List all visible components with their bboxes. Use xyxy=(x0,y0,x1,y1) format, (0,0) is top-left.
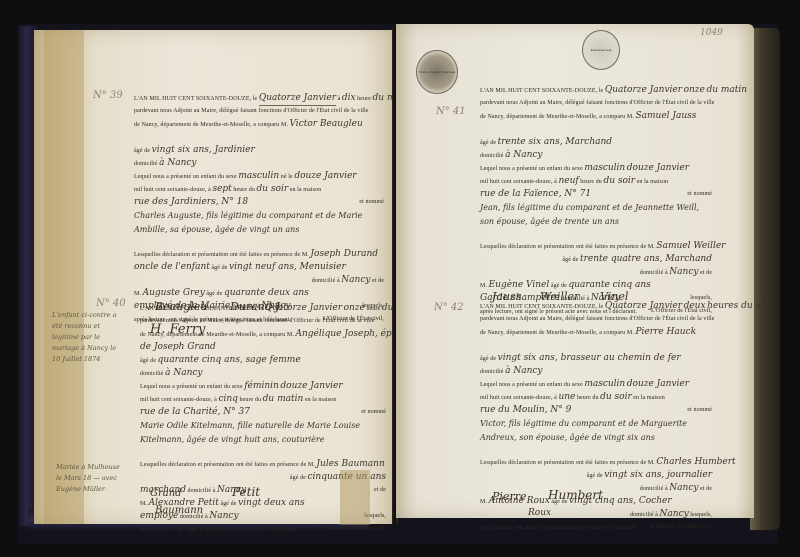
printed-text: âgé de xyxy=(480,140,496,146)
printed-text: après lecture, ont signé le présent acte… xyxy=(140,527,271,533)
printed-text: et de xyxy=(372,278,384,284)
printed-text: heure du xyxy=(580,179,602,185)
entry-number: N° 40 xyxy=(96,298,126,309)
witness-age: quarante deux ans xyxy=(224,288,309,298)
printed-text: âgé de xyxy=(480,356,496,362)
birth-period: du soir xyxy=(257,184,289,194)
birth-date: douze Janvier xyxy=(627,379,689,389)
printed-text: né le xyxy=(281,174,293,180)
margin-note: Mariée à Mulhouse le Mars 18 — avec Eugè… xyxy=(56,462,126,495)
entry-41: L'AN MIL HUIT CENT SOIXANTE-DOUZE, le Qu… xyxy=(480,84,712,318)
witness-domicile: Nancy xyxy=(209,511,238,521)
printed-text: pardevant nous Adjoint au Maire, délégué… xyxy=(134,105,384,118)
handwritten-hour: deux xyxy=(684,301,706,311)
printed-text: nous a présenté un enfant du sexe xyxy=(153,174,237,180)
printed-text: pardevant nous Adjoint au Maire, délégué… xyxy=(480,313,712,326)
printed-text: à xyxy=(338,96,341,102)
witness-age: trente quatre ans, Marchand xyxy=(580,254,712,264)
printed-text: heure du xyxy=(577,395,599,401)
printed-text: domicilié xyxy=(134,161,158,167)
printed-text: domicilié à xyxy=(640,270,668,276)
embossed-seal: Embossed seal xyxy=(582,30,620,70)
witness-domicile: Nancy xyxy=(660,509,689,519)
handwritten-hour: dix xyxy=(342,93,356,103)
witness-name: Jules Baumann xyxy=(316,459,384,469)
printed-text: Lesquelles déclaration et présentation o… xyxy=(480,244,655,250)
printed-text: et de xyxy=(700,486,712,492)
handwritten-hour: onze xyxy=(344,303,365,313)
printed-text: Lequel xyxy=(140,384,157,390)
printed-text: âgé de xyxy=(206,291,222,297)
folio-number: 1049 xyxy=(700,28,723,38)
birth-house: rue de la Charité, N° 37 xyxy=(140,407,250,417)
printed-text: mil huit cent soixante-douze, à xyxy=(140,397,217,403)
printed-text: en la maison xyxy=(290,187,322,193)
printed-text: Lesquelles déclaration et présentation o… xyxy=(134,252,309,258)
printed-text: nous a présenté un enfant du sexe xyxy=(499,166,583,172)
witness-name: Eugène Vinel xyxy=(489,280,550,290)
printed-text: âgé de xyxy=(220,501,236,507)
printed-text: Lesquelles déclaration et présentation o… xyxy=(140,462,315,468)
signature: Humbert xyxy=(548,488,603,502)
printed-text: heure du xyxy=(233,187,255,193)
handwritten-date: Quatorze Janvier xyxy=(605,301,682,311)
printed-text: heure xyxy=(357,96,371,102)
printed-text: déclarant. xyxy=(613,525,637,531)
entry-number: N° 42 xyxy=(434,302,464,313)
printed-text: domicilié à xyxy=(640,486,668,492)
printed-text: de Nancy, département de Meurthe-et-Mose… xyxy=(140,332,294,338)
child-sex: masculin xyxy=(584,379,625,389)
handwritten-date: Quatorze Janvier xyxy=(265,303,342,313)
printed-text: heure du xyxy=(240,397,262,403)
printed-text: âgé de xyxy=(587,473,603,479)
margin-note: L'enfant ci-contre a été reconnu et légi… xyxy=(52,310,122,365)
printed-text: et nommé xyxy=(359,196,384,209)
printed-text: en la maison xyxy=(633,395,665,401)
printed-text: et nommé xyxy=(687,188,712,201)
printed-text: pardevant nous Adjoint au Maire, délégué… xyxy=(480,97,712,110)
child-name: Victor, fils légitime du comparant et de… xyxy=(480,419,687,442)
witness-name: Joseph Durand xyxy=(310,249,378,259)
printed-text: en la maison xyxy=(637,179,669,185)
repair-tape xyxy=(340,470,370,525)
printed-text: en la maison xyxy=(305,397,337,403)
printed-text: mil huit cent soixante-douze, à xyxy=(480,395,557,401)
declarant-age: vingt six ans, brasseur au chemin de fer xyxy=(498,353,681,363)
signature: Petit xyxy=(232,485,260,499)
declarant-domicile: à Nancy xyxy=(505,366,542,376)
printed-text: âgé de xyxy=(290,475,306,481)
printed-text: après lecture, ont signé le présent acte… xyxy=(480,525,611,531)
declarant-domicile: à Nancy xyxy=(165,368,202,378)
child-sex: féminin xyxy=(244,381,279,391)
stamp-text: Timbre impérial / fiscal seal xyxy=(419,70,455,74)
signature: Grand xyxy=(150,488,182,499)
printed-text: L'AN MIL HUIT CENT SOIXANTE-DOUZE, le xyxy=(480,88,603,94)
entry-number: N° 41 xyxy=(436,106,466,117)
witness-age: vingt neuf ans, Menuisier xyxy=(229,262,346,272)
child-name: Marie Odile Kitelmann, fille naturelle d… xyxy=(140,421,360,444)
witness-domicile: Nancy xyxy=(669,267,698,277)
birth-hour: une xyxy=(558,392,575,402)
birth-date: douze Janvier xyxy=(280,381,342,391)
child-name: Charles Auguste, fils légitime du compar… xyxy=(134,211,362,234)
printed-text: M. xyxy=(480,499,487,505)
fiscal-stamp: Timbre impérial / fiscal seal xyxy=(416,50,458,94)
printed-text: âgé de xyxy=(211,265,227,271)
printed-text: M. xyxy=(140,501,147,507)
signature: Roux xyxy=(528,508,551,518)
printed-text: Lequel xyxy=(480,166,497,172)
declarant-age: vingt six ans, Jardinier xyxy=(152,145,255,155)
printed-text: âgé de xyxy=(134,148,150,154)
printed-text: domicilié à xyxy=(312,278,340,284)
signature: Pierre xyxy=(492,490,526,503)
printed-text: M. xyxy=(134,291,141,297)
printed-text: domicilié à xyxy=(188,488,216,494)
declarant-name: Victor Beaugleu xyxy=(289,119,362,129)
witness-age: vingt six ans, journalier xyxy=(604,470,712,480)
printed-text: nous a présenté un enfant du sexe xyxy=(159,384,243,390)
birth-hour: sept xyxy=(212,184,231,194)
handwritten-time: heures du soir xyxy=(707,301,773,311)
handwritten-date: Quatorze Janvier xyxy=(259,92,336,106)
printed-text: lesquels, xyxy=(690,512,712,518)
printed-text: L'AN MIL HUIT CENT SOIXANTE-DOUZE, le xyxy=(134,96,257,102)
handwritten-hour: onze xyxy=(684,85,705,95)
repair-tape xyxy=(44,30,84,524)
printed-text: pardevant nous Adjoint au Maire, délégué… xyxy=(140,315,386,328)
birth-hour: cinq xyxy=(218,394,237,404)
child-sex: masculin xyxy=(584,163,625,173)
printed-text: L'AN MIL HUIT CENT SOIXANTE-DOUZE, le xyxy=(480,304,603,310)
entry-39: L'AN MIL HUIT CENT SOIXANTE-DOUZE, le Qu… xyxy=(134,92,384,326)
printed-text: L'Officier de l'État civil, xyxy=(651,521,712,534)
printed-text: domicilié xyxy=(480,153,504,159)
printed-text: âgé de xyxy=(562,257,578,263)
printed-text: et nommé xyxy=(687,404,712,417)
printed-text: mil huit cent soixante-douze, à xyxy=(134,187,211,193)
printed-text: déclarant. xyxy=(273,527,297,533)
declarant-name: Pierre Hauck xyxy=(635,327,696,337)
printed-text: heure xyxy=(366,306,380,312)
printed-text: et de xyxy=(700,270,712,276)
witness-age: quarante cinq ans xyxy=(568,280,650,290)
printed-text: Lequel xyxy=(134,174,151,180)
witness-age: vingt deux ans xyxy=(238,498,305,508)
declarant-domicile: à Nancy xyxy=(159,158,196,168)
printed-text: de Nancy, département de Meurthe-et-Mose… xyxy=(480,330,634,336)
handwritten-time: du matin xyxy=(706,85,747,95)
page-edges xyxy=(750,28,780,530)
printed-text: Lequel xyxy=(480,382,497,388)
printed-text: domicilié xyxy=(480,369,504,375)
child-name: Jean, fils légitime du comparant et de J… xyxy=(480,203,699,226)
printed-text: domicilié xyxy=(140,371,164,377)
printed-text: Lesquelles déclaration et présentation o… xyxy=(480,460,655,466)
printed-text: âgé de xyxy=(140,358,156,364)
witness-domicile: Nancy xyxy=(341,275,370,285)
birth-date: douze Janvier xyxy=(294,171,356,181)
printed-text: domicilié à xyxy=(630,512,658,518)
declarant-age: trente six ans, Marchand xyxy=(498,137,612,147)
birth-hour: neuf xyxy=(558,176,578,186)
declarant-name-continued: de Joseph Grand xyxy=(140,342,216,352)
birth-period: du soir xyxy=(600,392,632,402)
witness-detail: oncle de l'enfant xyxy=(134,262,210,272)
entry-number: N° 39 xyxy=(93,90,123,101)
printed-text: de Nancy, département de Meurthe-et-Mose… xyxy=(480,114,634,120)
printed-text: M. xyxy=(480,283,487,289)
birth-house: rue de la Faïence, N° 71 xyxy=(480,189,591,199)
declarant-age: quarante cinq ans, sage femme xyxy=(158,355,301,365)
witness-domicile: Nancy xyxy=(669,483,698,493)
printed-text: nous a présenté un enfant du sexe xyxy=(499,382,583,388)
stamp-text: Embossed seal xyxy=(591,48,612,52)
birth-period: du matin xyxy=(263,394,304,404)
printed-text: de Nancy, département de Meurthe-et-Mose… xyxy=(134,122,288,128)
birth-date: douze Janvier xyxy=(627,163,689,173)
witness-name: Auguste Grey xyxy=(143,288,205,298)
printed-text: et nommé xyxy=(361,406,386,419)
printed-text: âgé de xyxy=(551,283,567,289)
birth-period: du soir xyxy=(603,176,635,186)
printed-text: mil huit cent soixante-douze, à xyxy=(480,179,557,185)
printed-text: L'AN MIL HUIT CENT SOIXANTE-DOUZE, le xyxy=(140,306,263,312)
handwritten-date: Quatorze Janvier xyxy=(605,85,682,95)
declarant-domicile: à Nancy xyxy=(505,150,542,160)
printed-text: et de xyxy=(374,484,386,497)
witness-name: Samuel Weiller xyxy=(656,241,725,251)
birth-house: rue des Jardiniers, N° 18 xyxy=(134,197,248,207)
signature: Baumann xyxy=(155,505,203,516)
witness-name: Charles Humbert xyxy=(656,457,735,467)
child-sex: masculin xyxy=(238,171,279,181)
birth-house: rue du Moulin, N° 9 xyxy=(480,405,571,415)
declarant-name: Samuel Jauss xyxy=(635,111,696,121)
